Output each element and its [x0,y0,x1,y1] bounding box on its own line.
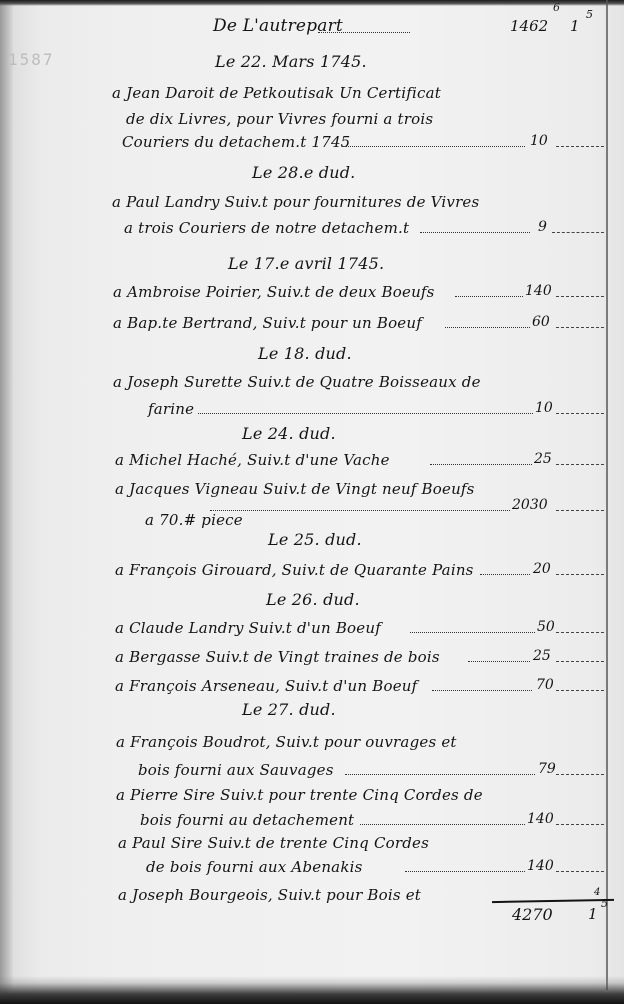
entry-line: a Pierre Sire Suiv.t pour trente Cinq Co… [116,786,483,804]
entry-line: farine [148,400,194,418]
date-heading: Le 26. dud. [266,590,360,609]
amount-tail [556,661,604,662]
leader-dots [318,32,410,33]
amount-tail [556,690,604,691]
leader-dots [405,871,525,872]
carried-forward-sols: 1 [570,17,580,35]
entry-amount: 79 [538,761,556,777]
entry-amount: 25 [534,451,552,467]
entry-line: a François Arseneau, Suiv.t d'un Boeuf [115,677,417,695]
leader-dots [410,632,535,633]
entry-line: a trois Couriers de notre detachem.t [124,219,409,237]
entry-line: a 70.# piece [145,511,243,529]
bleed-through-number: 1587 [8,50,55,69]
folio-number: 6 [553,1,560,14]
entry-amount: 70 [536,677,554,693]
leader-dots [345,774,535,775]
amount-tail [556,824,604,825]
entry-amount: 20 [533,561,551,577]
amount-tail [556,413,604,414]
entry-line: a Ambroise Poirier, Suiv.t de deux Boeuf… [113,283,435,301]
entry-line: a François Boudrot, Suiv.t pour ouvrages… [116,733,457,751]
leader-dots [432,690,532,691]
entry-line: bois fourni au detachement [140,811,354,829]
entry-line: a Paul Landry Suiv.t pour fournitures de… [112,193,479,211]
date-heading: Le 24. dud. [242,424,336,443]
ledger-page: 1587 6 De L'autrepart 1462 1 5 Le 22. Ma… [0,0,624,1004]
carried-forward-label: De L'autrepart [213,16,343,36]
leader-dots [345,146,525,147]
date-heading: Le 18. dud. [258,344,352,363]
entry-amount: 140 [527,811,554,827]
date-heading: Le 17.e avril 1745. [228,254,384,273]
page-edge-shadow [0,0,14,1004]
amount-tail [556,146,604,147]
entry-line: de bois fourni aux Abenakis [146,858,363,876]
total-rule [492,899,614,903]
bottom-edge-shadow [0,976,624,1004]
leader-dots [468,661,530,662]
leader-dots [445,327,530,328]
leader-dots [210,510,510,511]
date-heading: Le 25. dud. [268,530,362,549]
total-sols: 1 [588,905,598,923]
entry-amount: 50 [537,619,555,635]
date-heading: Le 27. dud. [242,700,336,719]
total-deniers: 5 [601,897,608,910]
leader-dots [480,574,530,575]
carried-forward-deniers: 5 [586,8,593,21]
entry-line: a Joseph Bourgeois, Suiv.t pour Bois et [118,886,421,904]
amount-column-rule [606,0,608,990]
entry-amount: 140 [525,283,552,299]
entry-line: a Jean Daroit de Petkoutisak Un Certific… [112,84,441,102]
amount-tail [556,871,604,872]
entry-line: a Bergasse Suiv.t de Vingt traines de bo… [115,648,440,666]
leader-dots [430,464,532,465]
amount-tail [552,232,604,233]
leader-dots [420,232,530,233]
entry-amount: 10 [530,133,548,149]
entry-line: de dix Livres, pour Vivres fourni a troi… [126,110,433,128]
entry-line: Couriers du detachem.t 1745 [122,133,350,151]
leader-dots [455,296,523,297]
entry-line: a Claude Landry Suiv.t d'un Boeuf [115,619,381,637]
leader-dots [360,824,525,825]
entry-line: a François Girouard, Suiv.t de Quarante … [115,561,474,579]
carried-forward-livres: 1462 [510,17,548,35]
entry-line: a Bap.te Bertrand, Suiv.t pour un Boeuf [113,314,422,332]
entry-amount: 60 [532,314,550,330]
amount-tail [556,510,604,511]
amount-tail [556,632,604,633]
top-edge-shadow [0,0,624,6]
amount-tail [556,774,604,775]
entry-line: a Joseph Surette Suiv.t de Quatre Boisse… [113,373,481,391]
amount-tail [556,296,604,297]
date-heading: Le 22. Mars 1745. [215,52,367,71]
leader-dots [198,413,533,414]
amount-tail [556,327,604,328]
entry-line: a Michel Haché, Suiv.t d'une Vache [115,451,390,469]
entry-amount: 10 [535,400,553,416]
entry-amount: 2030 [512,497,548,513]
entry-line: bois fourni aux Sauvages [138,761,334,779]
entry-line: a Jacques Vigneau Suiv.t de Vingt neuf B… [115,480,475,498]
amount-tail [556,464,604,465]
total-livres: 4270 [512,905,553,924]
entry-amount: 25 [533,648,551,664]
entry-line: a Paul Sire Suiv.t de trente Cinq Cordes [118,834,429,852]
amount-tail [556,574,604,575]
total-superscript: 4 [594,887,600,898]
entry-amount: 9 [538,219,547,235]
date-heading: Le 28.e dud. [252,163,355,182]
entry-amount: 140 [527,858,554,874]
